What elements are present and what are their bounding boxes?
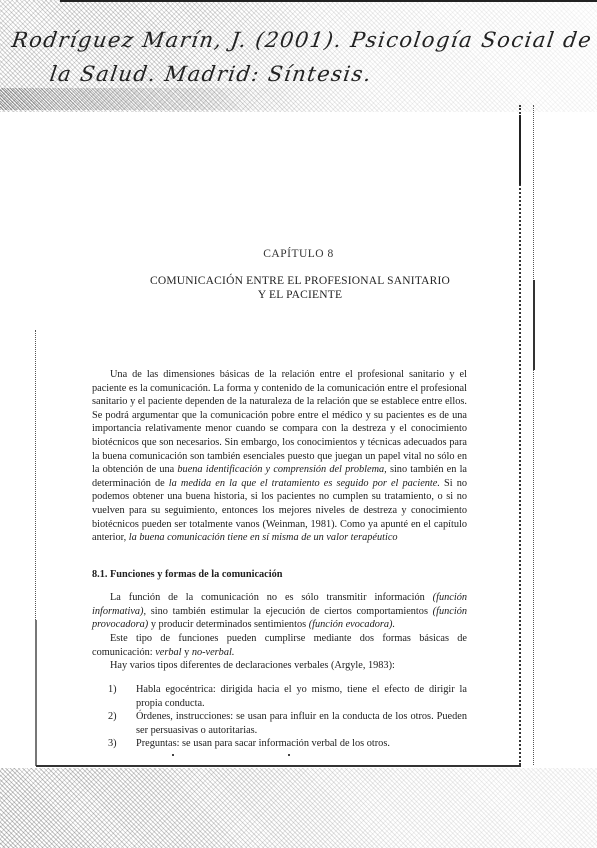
list-number: 3) bbox=[108, 737, 136, 751]
chapter-label: CAPÍTULO 8 bbox=[0, 248, 597, 260]
page-edge-bottom bbox=[36, 765, 521, 767]
page-edge-right bbox=[519, 105, 523, 765]
chapter-title-line-2: Y EL PACIENTE bbox=[90, 288, 510, 302]
intro-paragraph: Una de las dimensiones básicas de la rel… bbox=[92, 368, 467, 545]
scan-noise-bottom bbox=[0, 768, 597, 848]
list-text: Habla egocéntrica: dirigida hacia el yo … bbox=[136, 683, 467, 710]
intro-emphasis: la buena comunicación tiene en sí misma … bbox=[129, 532, 398, 543]
chapter-title-line-1: COMUNICACIÓN ENTRE EL PROFESIONAL SANITA… bbox=[90, 274, 510, 288]
intro-emphasis: la medida en la que el tratamiento es se… bbox=[169, 478, 440, 489]
scan-noise-shadow bbox=[0, 88, 300, 110]
paragraph-text: La función de la comunicación no es sólo… bbox=[110, 592, 433, 603]
list-number: 2) bbox=[108, 710, 136, 737]
list-item: 3) Preguntas: se usan para sacar informa… bbox=[108, 737, 467, 751]
list-item: 2) Órdenes, instrucciones: se usan para … bbox=[108, 710, 467, 737]
scan-top-edge bbox=[60, 0, 597, 2]
handwritten-citation-line-1: Rodríguez Marín, J. (2001). Psicología S… bbox=[10, 28, 594, 52]
page-edge-right-outer bbox=[533, 105, 535, 765]
chapter-title: COMUNICACIÓN ENTRE EL PROFESIONAL SANITA… bbox=[90, 274, 510, 302]
verbal-types-list: 1) Habla egocéntrica: dirigida hacia el … bbox=[108, 683, 467, 751]
scan-speck bbox=[288, 754, 290, 756]
paragraph-text: y bbox=[182, 647, 192, 658]
list-number: 1) bbox=[108, 683, 136, 710]
list-text: Preguntas: se usan para sacar informació… bbox=[136, 737, 467, 751]
forms-paragraph: Este tipo de funciones pueden cumplirse … bbox=[92, 632, 467, 659]
page-edge-right-outer-shadow bbox=[533, 280, 535, 370]
scan-speck bbox=[172, 754, 174, 756]
paragraph-text: Hay varios tipos diferentes de declaraci… bbox=[92, 659, 467, 673]
paragraph-text: sino también estimular la ejecución de c… bbox=[146, 606, 433, 617]
paragraph-emphasis: (función evocadora). bbox=[309, 619, 395, 630]
page-edge-right-shadow bbox=[519, 115, 521, 185]
page-edge-left-shadow bbox=[35, 620, 37, 766]
functions-paragraph: La función de la comunicación no es sólo… bbox=[92, 591, 467, 632]
list-item: 1) Habla egocéntrica: dirigida hacia el … bbox=[108, 683, 467, 710]
verbal-types-intro: Hay varios tipos diferentes de declaraci… bbox=[92, 659, 467, 673]
list-text: Órdenes, instrucciones: se usan para inf… bbox=[136, 710, 467, 737]
intro-emphasis: buena identificación y comprensión del p… bbox=[177, 464, 386, 475]
paragraph-emphasis: verbal bbox=[155, 647, 181, 658]
paragraph-emphasis: no-verbal. bbox=[192, 647, 235, 658]
intro-text: Una de las dimensiones básicas de la rel… bbox=[92, 369, 467, 475]
paragraph-text: y producir determinados sentimientos bbox=[148, 619, 308, 630]
section-heading: 8.1. Funciones y formas de la comunicaci… bbox=[92, 569, 283, 580]
handwritten-citation-line-2: la Salud. Madrid: Síntesis. bbox=[48, 62, 374, 86]
paragraph-text: Este tipo de funciones pueden cumplirse … bbox=[92, 633, 467, 658]
